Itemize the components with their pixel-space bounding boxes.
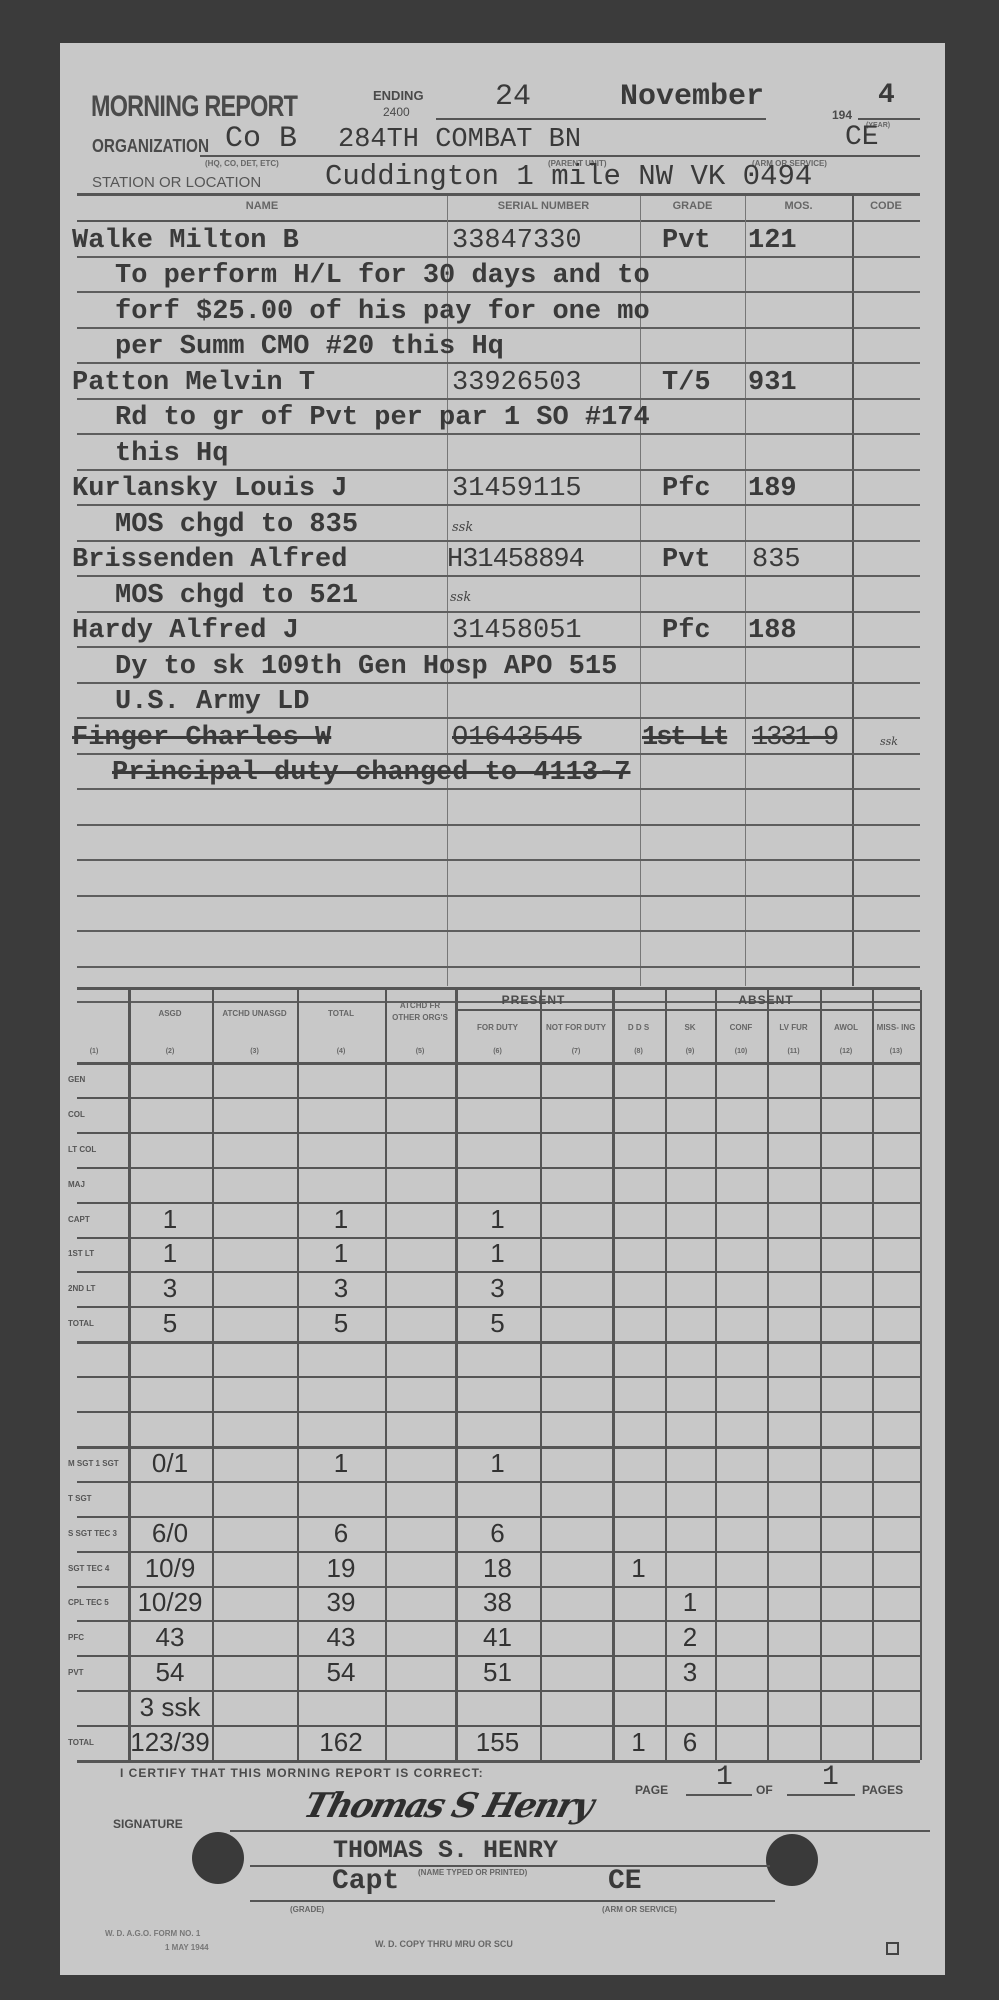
entry-serial: 31459115 — [452, 474, 582, 504]
station-label: STATION OR LOCATION — [92, 174, 261, 191]
row-rule — [77, 824, 920, 826]
col-header-code: CODE — [852, 200, 920, 212]
entry-grade: Pfc — [662, 616, 711, 646]
unit-caption: (HQ, CO, DET, ETC) — [205, 158, 279, 170]
of-label: OF — [756, 1783, 773, 1797]
strength-col-number: (8) — [612, 1046, 665, 1058]
strength-row-rule — [77, 1132, 920, 1134]
total-pages: 1 — [822, 1762, 839, 1793]
present-group-header: PRESENT — [455, 993, 612, 1007]
strength-col-number: (6) — [455, 1046, 540, 1058]
typed-name-caption: (NAME TYPED OR PRINTED) — [418, 1867, 527, 1879]
copy-note: W. D. COPY THRU MRU OR SCU — [375, 1938, 513, 1950]
page-label: PAGE — [635, 1783, 668, 1797]
cell-for-duty: 5 — [455, 1308, 540, 1339]
cell-for-duty: 18 — [455, 1553, 540, 1584]
organization-underline — [200, 155, 920, 157]
service-caption: (ARM OR SERVICE) — [602, 1904, 677, 1916]
rank-label: LT COL — [68, 1145, 124, 1154]
strength-col-number: (1) — [60, 1046, 128, 1058]
rank-label: CPL TEC 5 — [68, 1598, 124, 1607]
rank-label: TOTAL — [68, 1319, 124, 1328]
report-month: November — [620, 80, 764, 114]
cell-total: 162 — [297, 1727, 385, 1758]
cell-sk: 1 — [665, 1587, 715, 1618]
row-rule — [77, 930, 920, 932]
cell-sk: 3 — [665, 1657, 715, 1688]
entry-serial: 33847330 — [452, 226, 582, 256]
cell-total: 1 — [297, 1238, 385, 1269]
entry-grade: Pvt — [662, 545, 711, 575]
entry-mos: 188 — [748, 616, 797, 646]
cell-for-duty: 1 — [455, 1238, 540, 1269]
cell-total: 54 — [297, 1657, 385, 1688]
row-rule — [77, 398, 920, 400]
strength-col-rule — [715, 990, 717, 1760]
cell-for-duty: 1 — [455, 1204, 540, 1235]
entry-remark: this Hq — [115, 439, 228, 469]
cell-asgd: 43 — [128, 1622, 212, 1653]
col-header-grade: GRADE — [640, 200, 745, 212]
handwritten-signature: Thomas S Henry — [300, 1786, 597, 1826]
strength-col-rule — [612, 990, 615, 1760]
cell-total: 1 — [297, 1448, 385, 1479]
certify-statement: I CERTIFY THAT THIS MORNING REPORT IS CO… — [120, 1766, 484, 1780]
strength-col-number: (10) — [715, 1046, 767, 1058]
organization-unit: Co B — [225, 122, 297, 156]
cell-for-duty: 38 — [455, 1587, 540, 1618]
entry-name: Patton Melvin T — [72, 368, 315, 398]
entry-grade: T/5 — [662, 368, 711, 398]
absent-group-header: ABSENT — [612, 993, 920, 1007]
checkbox-square-icon — [886, 1942, 899, 1955]
entry-remark: Rd to gr of Pvt per par 1 SO #174 — [115, 403, 650, 433]
cell-dds: 1 — [612, 1727, 665, 1758]
strength-col-rule — [920, 990, 922, 1760]
cell-asgd: 3 — [128, 1273, 212, 1304]
cell-asgd: 10/29 — [128, 1587, 212, 1618]
cell-asgd: 10/9 — [128, 1553, 212, 1584]
strength-col-header: MISS- ING — [872, 1022, 920, 1034]
strength-col-number: (9) — [665, 1046, 715, 1058]
entry-serial: 31458051 — [452, 616, 582, 646]
rank-label: PFC — [68, 1633, 124, 1642]
rank-label: MAJ — [68, 1180, 124, 1189]
organization-label: ORGANIZATION — [92, 136, 209, 157]
entry-mos: 835 — [752, 545, 801, 575]
row-rule — [77, 504, 920, 506]
row-rule — [77, 469, 920, 471]
cell-sk: 6 — [665, 1727, 715, 1758]
col-header-serial: SERIAL NUMBER — [447, 200, 640, 212]
strength-col-rule — [767, 990, 769, 1760]
signature-underline — [230, 1830, 930, 1832]
cell-total: 1 — [297, 1204, 385, 1235]
entry-remark: To perform H/L for 30 days and to — [115, 261, 650, 291]
strength-col-header: TOTAL — [297, 1008, 385, 1020]
struck-entry-name: Finger Charles W — [72, 723, 331, 753]
strength-col-rule — [212, 990, 214, 1760]
station-location: Cuddington 1 mile NW VK 0494 — [325, 160, 812, 193]
row-rule — [77, 540, 920, 542]
rank-label: CAPT — [68, 1215, 124, 1224]
cell-asgd: 1 — [128, 1238, 212, 1269]
entry-grade: Pfc — [662, 474, 711, 504]
struck-entry-mos: 1331-9 — [752, 723, 837, 753]
rank-label: PVT — [68, 1668, 124, 1677]
punch-hole-right — [766, 1834, 818, 1886]
strength-col-number: (3) — [212, 1046, 297, 1058]
struck-entry-remark: Principal duty changed to 4113-7 — [82, 758, 630, 788]
initials-annotation: ssk — [450, 590, 471, 605]
row-rule — [77, 646, 920, 648]
strength-col-rule — [385, 990, 387, 1760]
strength-table-top-rule — [77, 987, 920, 990]
rank-label: S SGT TEC 3 — [68, 1529, 124, 1538]
form-title: MORNING REPORT — [91, 90, 297, 124]
entry-remark: forf $25.00 of his pay for one mo — [115, 297, 650, 327]
row-rule — [77, 682, 920, 684]
strength-col-header: AWOL — [820, 1022, 872, 1034]
cell-for-duty: 6 — [455, 1518, 540, 1549]
strength-row-rule — [77, 1167, 920, 1169]
date-underline — [436, 118, 766, 120]
strength-row-rule — [77, 1376, 920, 1378]
entry-remark: MOS chgd to 521 — [115, 581, 358, 611]
strength-col-header: ASGD — [128, 1008, 212, 1020]
group-header-rule — [455, 1009, 920, 1011]
strength-col-number: (13) — [872, 1046, 920, 1058]
entry-name: Walke Milton B — [72, 226, 299, 256]
cell-for-duty: 41 — [455, 1622, 540, 1653]
strength-col-rule — [820, 990, 822, 1760]
row-rule — [77, 788, 920, 790]
entry-name: Brissenden Alfred — [72, 545, 347, 575]
pages-label: PAGES — [862, 1783, 903, 1797]
ending-time: 2400 — [383, 105, 410, 119]
row-rule — [77, 291, 920, 293]
form-date: 1 MAY 1944 — [165, 1942, 209, 1954]
station-underline — [77, 193, 920, 196]
row-rule — [77, 966, 920, 968]
service-value: CE — [608, 1866, 642, 1897]
entry-mos: 121 — [748, 226, 797, 256]
initials-annotation: ssk — [880, 735, 898, 748]
row-rule — [77, 256, 920, 258]
strength-col-rule — [540, 990, 542, 1760]
struck-entry-grade: 1st Lt — [642, 723, 727, 753]
strength-col-header: SK — [665, 1022, 715, 1034]
page-underline — [686, 1794, 752, 1796]
struck-entry-serial: O1643545 — [452, 723, 582, 753]
strength-col-header: NOT FOR DUTY — [540, 1022, 612, 1034]
organization-service: CE — [845, 122, 879, 153]
grade-caption: (GRADE) — [290, 1904, 324, 1916]
row-rule — [77, 895, 920, 897]
rank-label: TOTAL — [68, 1738, 124, 1747]
entry-mos: 189 — [748, 474, 797, 504]
cell-total: 19 — [297, 1553, 385, 1584]
row-rule — [77, 611, 920, 613]
strength-col-header: ATCHD FR OTHER ORG'S — [385, 1000, 455, 1024]
entry-remark: Dy to sk 109th Gen Hosp APO 515 — [115, 652, 617, 682]
header-rule — [77, 220, 920, 222]
year-digit: 4 — [878, 80, 895, 111]
cell-asgd: 6/0 — [128, 1518, 212, 1549]
entry-name: Hardy Alfred J — [72, 616, 299, 646]
rank-label: GEN — [68, 1075, 124, 1084]
cell-asgd: 123/39 — [128, 1727, 212, 1758]
grade-value: Capt — [332, 1866, 399, 1897]
rank-label: 2ND LT — [68, 1284, 124, 1293]
parent-unit: 284TH COMBAT BN — [338, 125, 581, 155]
cell-asgd: 0/1 — [128, 1448, 212, 1479]
initials-annotation: ssk — [452, 520, 473, 535]
row-rule — [77, 575, 920, 577]
cell-for-duty: 51 — [455, 1657, 540, 1688]
strength-col-rule — [872, 990, 874, 1760]
strength-col-number: (11) — [767, 1046, 820, 1058]
cell-asgd: 5 — [128, 1308, 212, 1339]
row-rule — [77, 717, 920, 719]
strength-col-header: LV FUR — [767, 1022, 820, 1034]
pages-underline — [787, 1794, 855, 1796]
strength-col-number: (7) — [540, 1046, 612, 1058]
strength-col-header: CONF — [715, 1022, 767, 1034]
cell-asgd: 54 — [128, 1657, 212, 1688]
signature-label: SIGNATURE — [113, 1817, 183, 1831]
rank-label: SGT TEC 4 — [68, 1564, 124, 1573]
entry-grade: Pvt — [662, 226, 711, 256]
strength-row-rule — [77, 1341, 920, 1344]
cell-total: 3 — [297, 1273, 385, 1304]
rank-label: COL — [68, 1110, 124, 1119]
rank-label: 1ST LT — [68, 1249, 124, 1258]
code-separator — [852, 196, 854, 986]
cell-for-duty: 155 — [455, 1727, 540, 1758]
row-rule — [77, 753, 920, 755]
page-number: 1 — [716, 1762, 733, 1793]
mos-separator — [745, 196, 746, 986]
typed-name: THOMAS S. HENRY — [333, 1836, 558, 1865]
strength-col-header: ATCHD UNASGD — [212, 1008, 297, 1020]
cell-for-duty: 1 — [455, 1448, 540, 1479]
strength-col-number: (5) — [385, 1046, 455, 1058]
row-rule — [77, 859, 920, 861]
year-prefix: 194 — [832, 108, 852, 122]
entry-remark: MOS chgd to 835 — [115, 510, 358, 540]
cell-total: 6 — [297, 1518, 385, 1549]
entry-name: Kurlansky Louis J — [72, 474, 347, 504]
ending-label: ENDING — [373, 88, 424, 103]
report-day: 24 — [495, 80, 531, 114]
strength-row-rule — [77, 1481, 920, 1483]
row-rule — [77, 362, 920, 364]
cell-for-duty: 3 — [455, 1273, 540, 1304]
strength-row-rule — [77, 1760, 920, 1763]
entry-remark: per Summ CMO #20 this Hq — [115, 332, 504, 362]
strength-col-header: D D S — [612, 1022, 665, 1034]
cell-total: 5 — [297, 1308, 385, 1339]
strength-col-header: FOR DUTY — [455, 1022, 540, 1034]
entry-mos: 931 — [748, 368, 797, 398]
rank-label: M SGT 1 SGT — [68, 1459, 124, 1468]
cell-dds: 1 — [612, 1553, 665, 1584]
strength-col-number: (12) — [820, 1046, 872, 1058]
strength-col-number: (2) — [128, 1046, 212, 1058]
strength-header-rule — [77, 1062, 920, 1065]
form-number: W. D. A.G.O. FORM NO. 1 — [105, 1928, 200, 1940]
strength-col-number: (4) — [297, 1046, 385, 1058]
entry-serial: 33926503 — [452, 368, 582, 398]
entry-remark: U.S. Army LD — [115, 687, 309, 717]
punch-hole-left — [192, 1832, 244, 1884]
cell-total: 43 — [297, 1622, 385, 1653]
strength-row-rule — [77, 1411, 920, 1413]
cell-total: 39 — [297, 1587, 385, 1618]
strength-row-rule — [77, 1097, 920, 1099]
entry-serial: H31458894 — [447, 545, 584, 575]
cell-asgd: 1 — [128, 1204, 212, 1235]
rank-label: T SGT — [68, 1494, 124, 1503]
grade-underline — [250, 1900, 775, 1902]
cell-asgd: 3 ssk — [128, 1692, 212, 1723]
row-rule — [77, 327, 920, 329]
col-header-mos: MOS. — [745, 200, 852, 212]
cell-sk: 2 — [665, 1622, 715, 1653]
col-header-name: NAME — [77, 200, 447, 212]
row-rule — [77, 433, 920, 435]
